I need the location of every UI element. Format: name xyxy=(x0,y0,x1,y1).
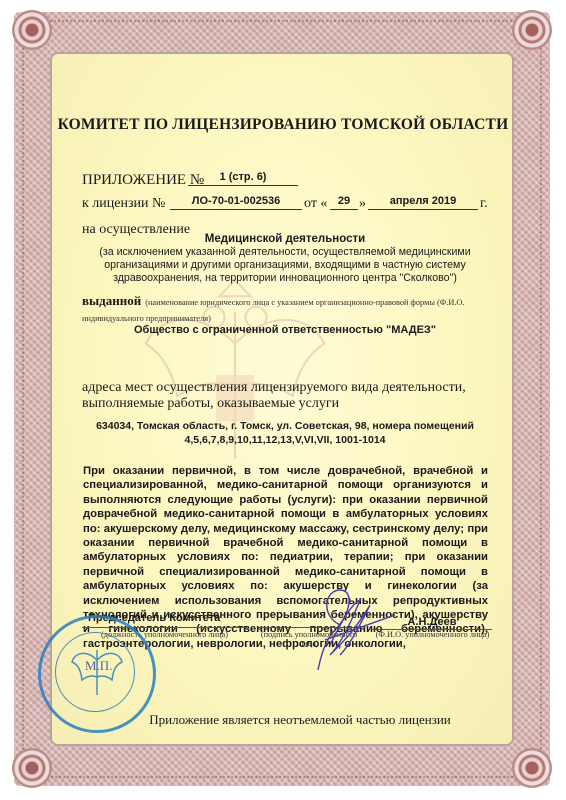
date-day: 29 xyxy=(330,195,358,210)
authority-title: КОМИТЕТ ПО ЛИЦЕНЗИРОВАНИЮ ТОМСКОЙ ОБЛАСТ… xyxy=(0,116,566,134)
issued-block: выданной (наименование юридического лица… xyxy=(82,294,502,326)
year-suffix: г. xyxy=(480,196,488,212)
organization-name: Общество с ограниченной ответственностью… xyxy=(80,324,490,336)
stamp-label: М.П. xyxy=(85,658,112,674)
signature-icon xyxy=(300,585,410,675)
address-line-1: 634034, Томская область, г. Томск, ул. С… xyxy=(80,420,490,432)
appendix-number: 1 (стр. 6) xyxy=(188,171,298,186)
appendix-label: ПРИЛОЖЕНИЕ № xyxy=(82,172,204,189)
rosette-ornament-icon xyxy=(12,10,52,50)
date-close: » xyxy=(359,196,366,212)
rosette-ornament-icon xyxy=(512,748,552,788)
activity-note: (за исключением указанной деятельности, … xyxy=(80,246,490,285)
date-month-year: апреля 2019 xyxy=(368,195,478,210)
license-number: ЛО-70-01-002536 xyxy=(170,195,302,210)
footer-note: Приложение является неотъемлемой частью … xyxy=(100,712,500,728)
address-line-2: 4,5,6,7,8,9,10,11,12,13,V,VI,VII, 1001-1… xyxy=(80,434,490,446)
rosette-ornament-icon xyxy=(12,748,52,788)
license-label: к лицензии № xyxy=(82,196,165,212)
rosette-ornament-icon xyxy=(512,10,552,50)
address-label: адреса мест осуществления лицензируемого… xyxy=(82,380,492,412)
issued-label: выданной xyxy=(82,293,141,308)
date-from-label: от « xyxy=(304,196,327,212)
activity-name: Медицинской деятельности xyxy=(80,233,490,245)
